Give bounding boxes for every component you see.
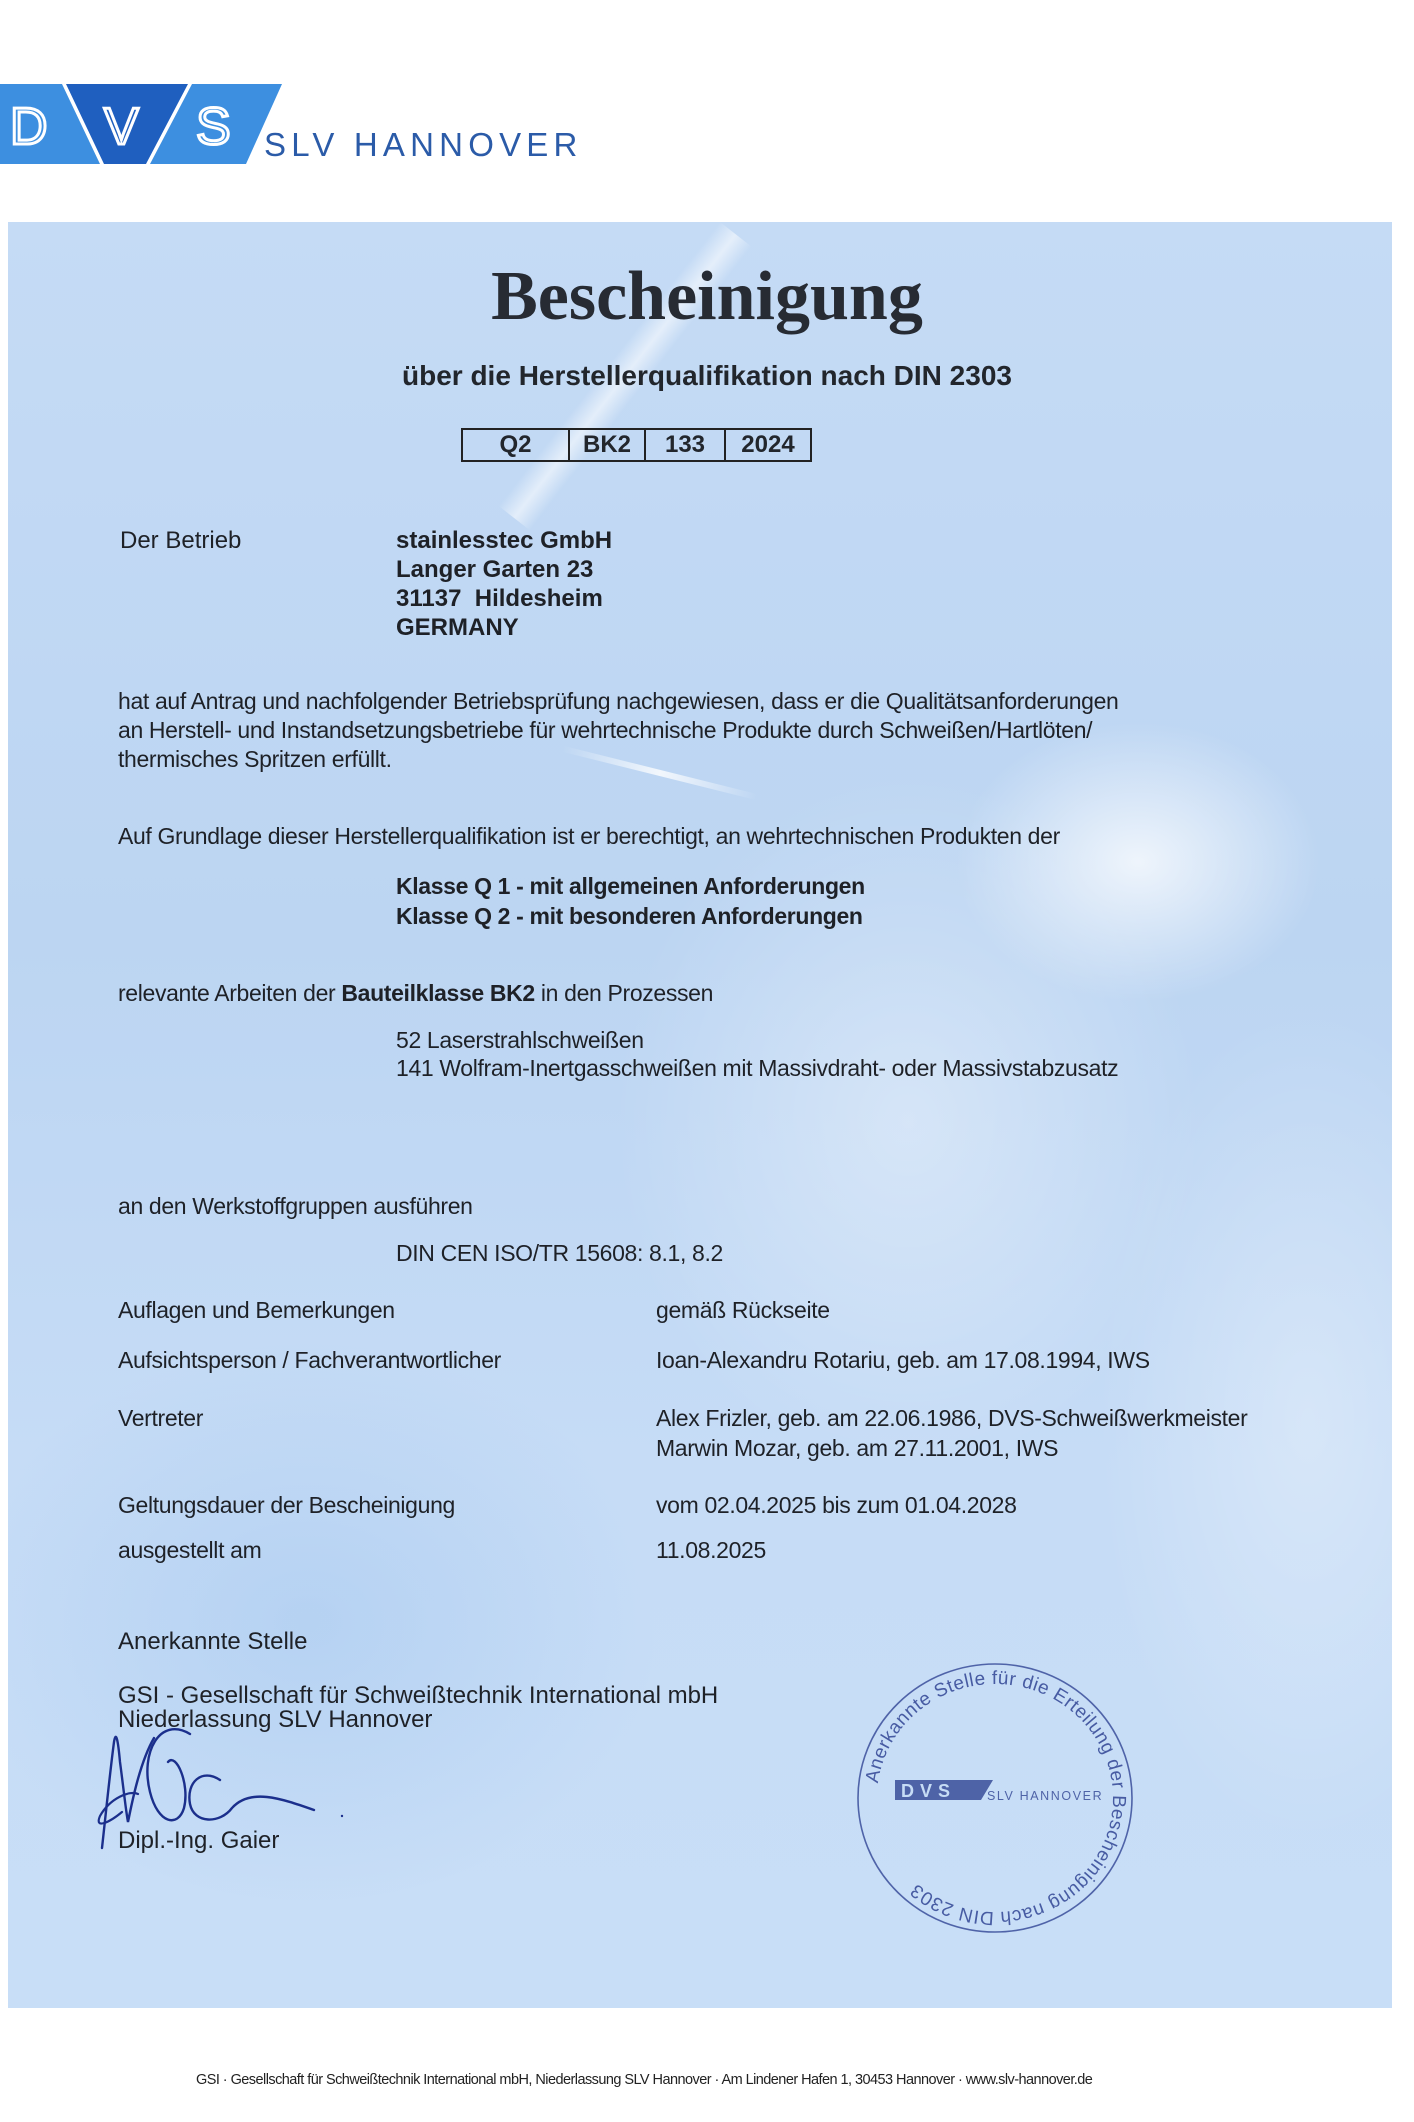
paragraph-line: an Herstell- und Instandsetzungsbetriebe…: [118, 719, 1092, 742]
paragraph-line: thermisches Spritzen erfüllt.: [118, 748, 392, 771]
paragraph-line: hat auf Antrag und nachfolgender Betrieb…: [118, 690, 1119, 713]
reference-number-box: Q2 BK2 133 2024: [461, 428, 812, 462]
authority-name: GSI - Gesellschaft für Schweißtechnik In…: [118, 1684, 718, 1708]
field-label-representative: Vertreter: [118, 1407, 203, 1430]
official-stamp: Anerkannte Stelle für die Erteilung der …: [855, 1660, 1135, 1935]
material-groups: DIN CEN ISO/TR 15608: 8.1, 8.2: [396, 1242, 723, 1265]
svg-text:D: D: [10, 98, 48, 156]
company-name: stainlesstec GmbH: [396, 529, 612, 553]
field-label-issued: ausgestellt am: [118, 1539, 261, 1562]
process-item: 141 Wolfram-Inertgasschweißen mit Massiv…: [396, 1057, 1118, 1080]
reference-class: Q2: [463, 430, 570, 460]
field-value-representative: Marwin Mozar, geb. am 27.11.2001, IWS: [656, 1437, 1058, 1460]
component-class: Bauteilklasse BK2: [341, 980, 534, 1006]
company-street: Langer Garten 23: [396, 558, 593, 582]
reference-number: 133: [646, 430, 726, 460]
processes-intro: relevante Arbeiten der Bauteilklasse BK2…: [118, 982, 713, 1005]
svg-text:V: V: [104, 98, 139, 156]
reference-component-class: BK2: [570, 430, 646, 460]
certificate-title: Bescheinigung: [0, 262, 1414, 332]
field-value-validity: vom 02.04.2025 bis zum 01.04.2028: [656, 1494, 1017, 1517]
certificate-subtitle: über die Herstellerqualifikation nach DI…: [0, 362, 1414, 390]
class-item: Klasse Q 2 - mit besonderen Anforderunge…: [396, 905, 863, 928]
svg-text:S: S: [196, 98, 231, 156]
footer-address: GSI · Gesellschaft für Schweißtechnik In…: [196, 2073, 1092, 2088]
material-intro: an den Werkstoffgruppen ausführen: [118, 1195, 473, 1218]
field-label-supervisor: Aufsichtsperson / Fachverantwortlicher: [118, 1349, 501, 1372]
field-value-representative: Alex Frizler, geb. am 22.06.1986, DVS-Sc…: [656, 1407, 1247, 1430]
signatory-name: Dipl.-Ing. Gaier: [118, 1829, 279, 1853]
field-value-remarks: gemäß Rückseite: [656, 1299, 830, 1322]
dvs-logo: D V S: [0, 84, 290, 164]
authority-label: Anerkannte Stelle: [118, 1630, 307, 1654]
svg-text:SLV HANNOVER: SLV HANNOVER: [987, 1789, 1103, 1803]
field-label-remarks: Auflagen und Bemerkungen: [118, 1299, 395, 1322]
paragraph-line: Auf Grundlage dieser Herstellerqualifika…: [118, 825, 1060, 848]
reference-year: 2024: [726, 430, 810, 460]
field-label-validity: Geltungsdauer der Bescheinigung: [118, 1494, 455, 1517]
field-value-supervisor: Ioan-Alexandru Rotariu, geb. am 17.08.19…: [656, 1349, 1150, 1372]
process-item: 52 Laserstrahlschweißen: [396, 1029, 644, 1052]
logo-subtitle: SLV HANNOVER: [264, 128, 583, 161]
company-country: GERMANY: [396, 616, 519, 640]
svg-text:DVS: DVS: [901, 1781, 956, 1801]
company-city: 31137 Hildesheim: [396, 587, 603, 611]
company-label: Der Betrieb: [120, 529, 241, 553]
class-item: Klasse Q 1 - mit allgemeinen Anforderung…: [396, 875, 865, 898]
field-value-issued: 11.08.2025: [656, 1539, 766, 1562]
